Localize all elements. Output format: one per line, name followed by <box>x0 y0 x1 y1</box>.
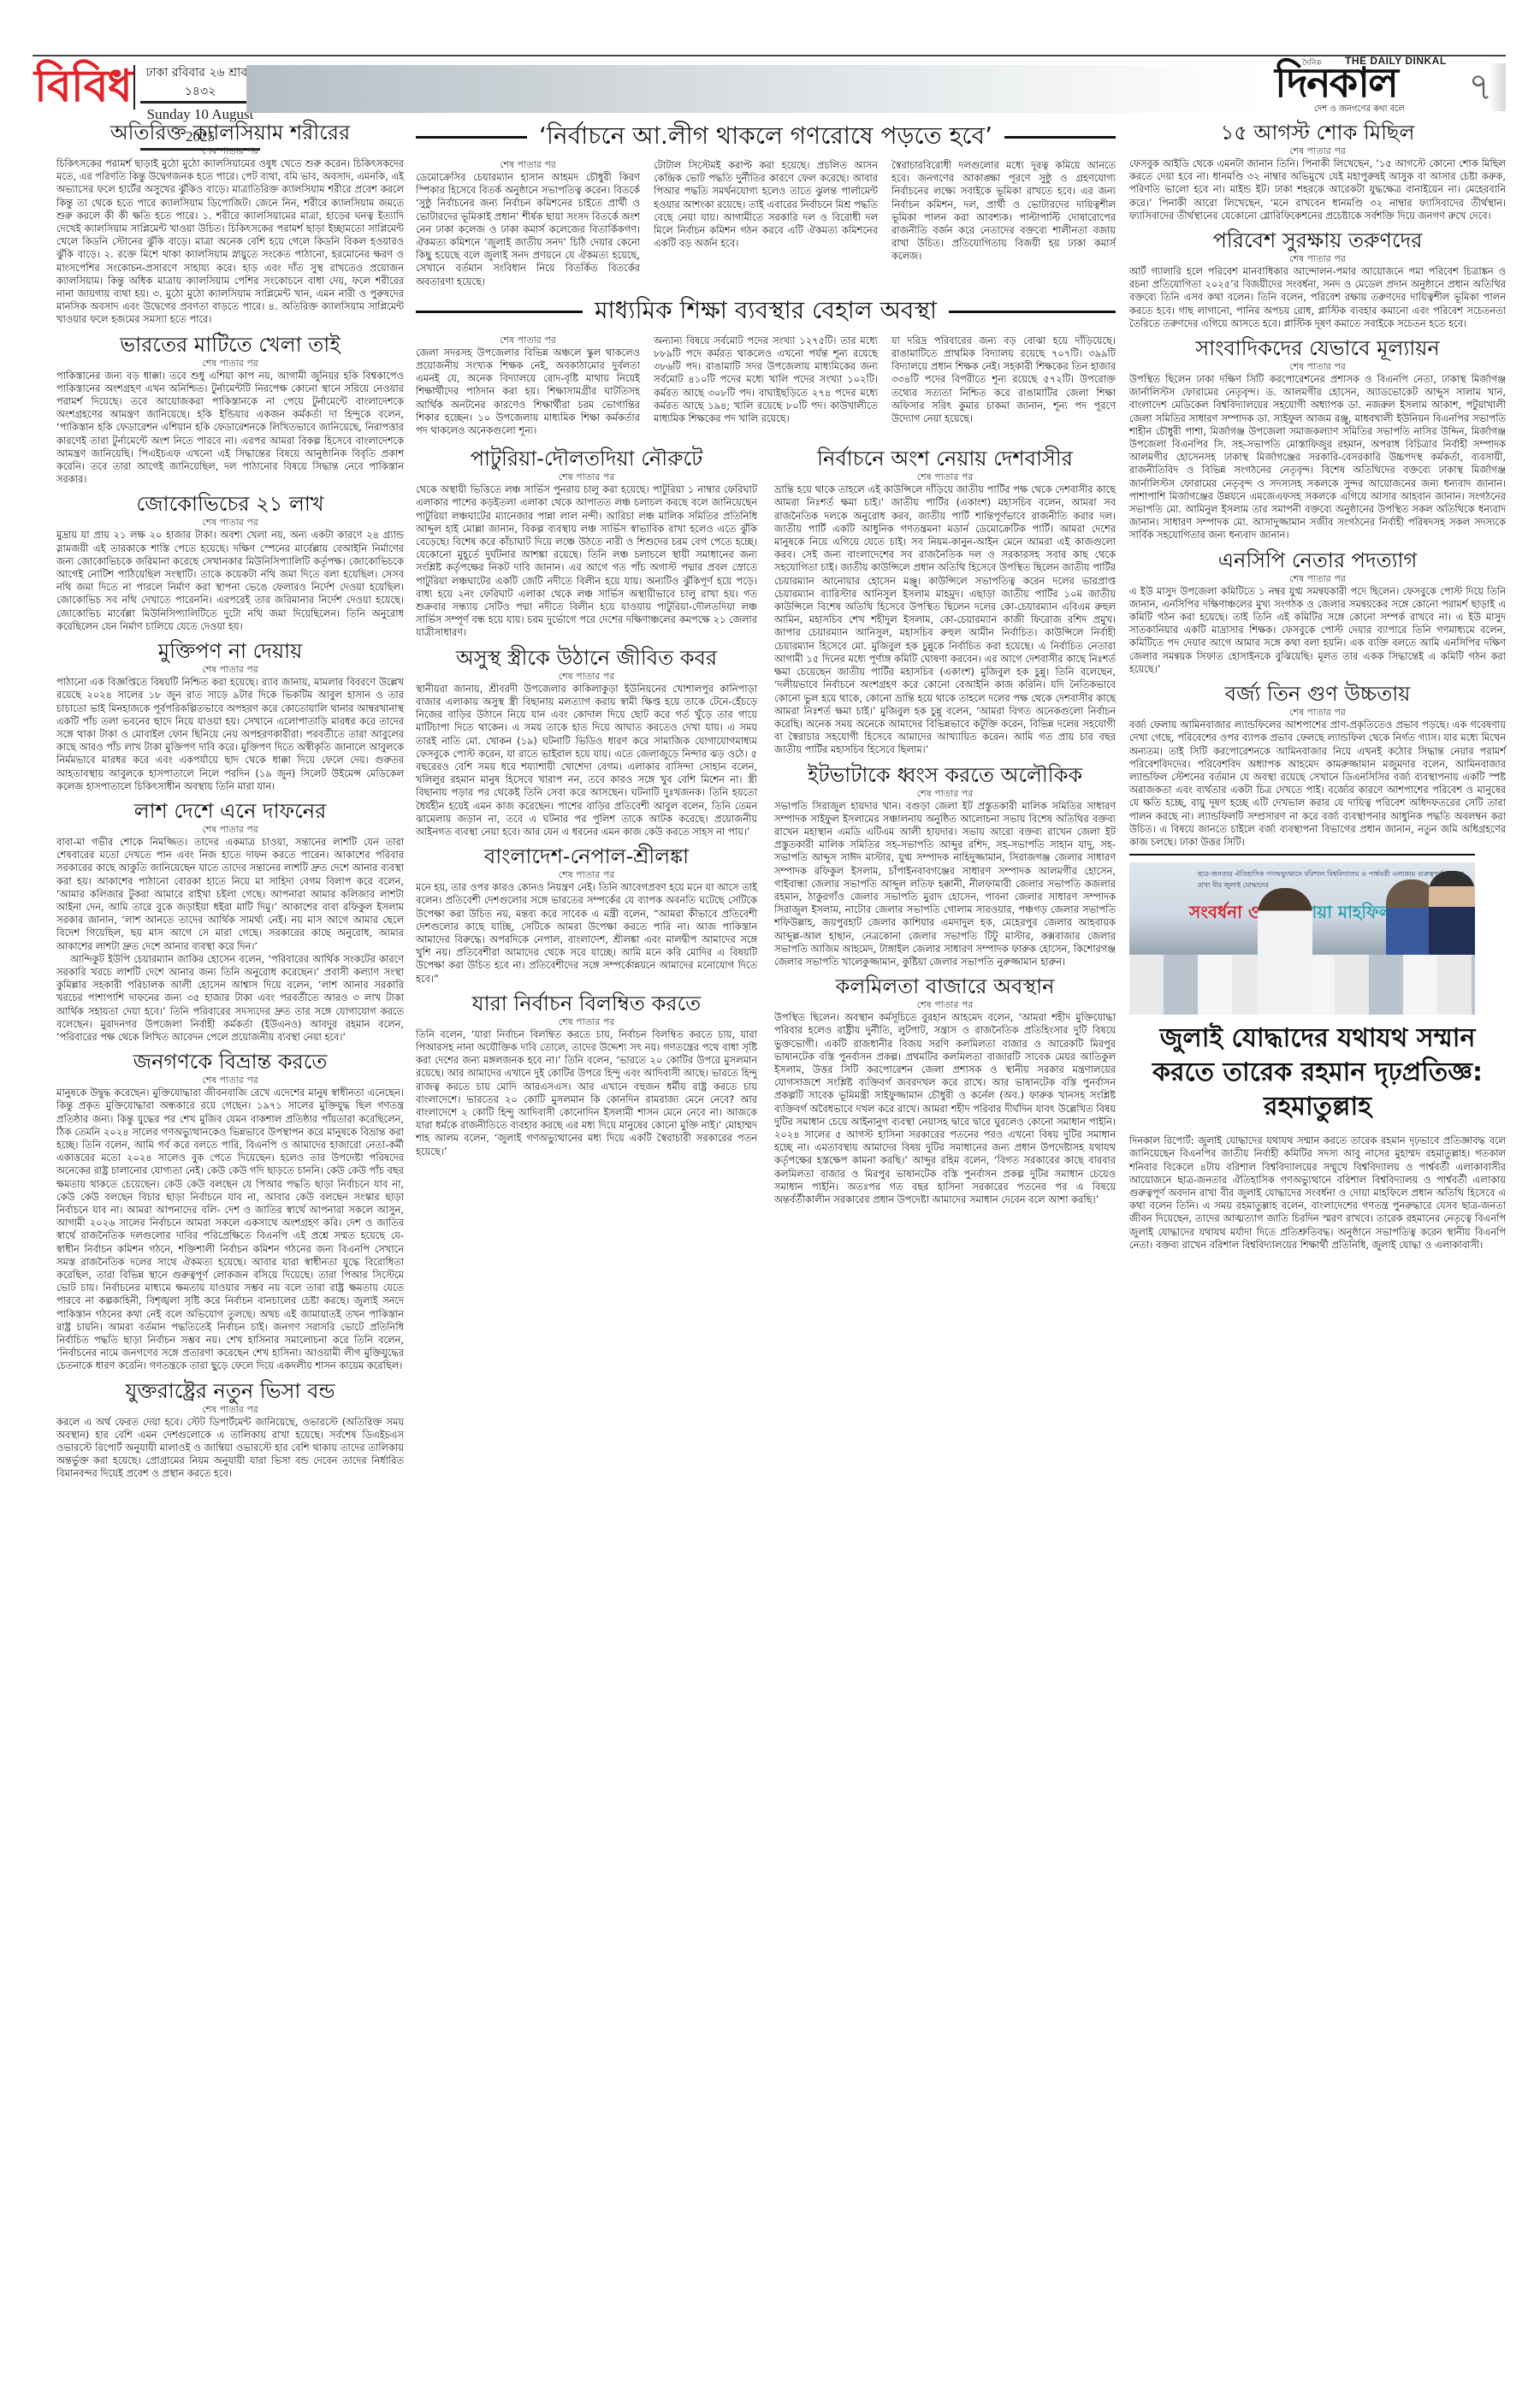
continued-label: শেষ পাতার পর <box>1129 253 1506 265</box>
continued-label: শেষ পাতার পর <box>416 869 757 881</box>
middle-right-stack: নির্বাচনে অংশ নেয়ায় দেশবাসীর শেষ পাতার… <box>774 446 1116 1211</box>
article-journalists: সাংবাদিকদের যেভাবে মূল্যায়ন শেষ পাতার প… <box>1129 335 1506 542</box>
article-headline: যারা নির্বাচন বিলম্বিত করতে <box>416 991 757 1016</box>
headline-rule <box>949 311 1116 313</box>
continued-label: শেষ পাতার পর <box>56 664 404 676</box>
article-headline: অতিরিক্ত ক্যালসিয়াম শরীরের <box>56 120 404 145</box>
continued-label: শেষ পাতার পর <box>1129 361 1506 373</box>
event-photo: ছাত্র-জনতার ঐতিহাসিক গণঅভ্যুত্থানে বরিশা… <box>1129 862 1475 1015</box>
left-column: অতিরিক্ত ক্যালসিয়াম শরীরের শেষ পাতার পর… <box>56 120 404 1486</box>
continued-label: শেষ পাতার পর <box>774 788 1116 800</box>
continued-label: শেষ পাতার পর <box>56 1404 404 1416</box>
article-body: এ ইউ মাসুদ উপজেলা কমিটিতে ১ নম্বর যুগ্ম … <box>1129 585 1506 676</box>
middle-column: ‘নির্বাচনে আ.লীগ থাকলে গণরোষে পড়তে হবে’… <box>416 120 1116 1211</box>
article-body: দিনকাল রিপোর্ট: জুলাই যোদ্ধাদের যথাযথ সম… <box>1129 1134 1506 1252</box>
article-body: স্বৈরাচারবিরোধী দলগুলোর মধ্যে দূরত্ব কমি… <box>891 159 1116 263</box>
continued-label: শেষ পাতার পর <box>1129 573 1506 585</box>
article-body: পাঠানো এক বিজ্ঞপ্তিতে বিষয়টি নিশ্চিত কর… <box>56 676 404 793</box>
continued-label: শেষ পাতার পর <box>416 335 640 346</box>
continued-label: শেষ পাতার পর <box>56 824 404 836</box>
speaker-figure <box>1258 888 1312 1015</box>
news-photo: ছাত্র-জনতার ঐতিহাসিক গণঅভ্যুত্থানে বরিশা… <box>1129 854 1475 1016</box>
article-headline: বাংলাদেশ-নেপাল-শ্রীলঙ্কা <box>416 844 757 869</box>
article-neighbors: বাংলাদেশ-নেপাল-শ্রীলঙ্কা শেষ পাতার পর মন… <box>416 844 757 986</box>
article-headline: ‘নির্বাচনে আ.লীগ থাকলে গণরোষে পড়তে হবে’ <box>539 117 992 157</box>
photo-title-red: সংবর্ধনা ও <box>1189 900 1261 928</box>
article-headline: এনসিপি নেতার পদত্যাগ <box>1129 548 1506 573</box>
feature-headline: জুলাই যোদ্ধাদের যথাযথ সম্মান করতে তারেক … <box>1129 1021 1506 1124</box>
article-hockey: ভারতের মাটিতে খেলা তাই শেষ পাতার পর পাকি… <box>56 332 404 487</box>
article-secondary-education: মাধ্যমিক শিক্ষা ব্যবস্থার বেহাল অবস্থা শ… <box>416 295 1116 437</box>
article-environment-youth: পরিবেশ সুরক্ষায় তরুণদের শেষ পাতার পর আর… <box>1129 228 1506 330</box>
continued-label: শেষ পাতার পর <box>416 1016 757 1028</box>
article-headline: জোকোভিচের ২১ লাখ <box>56 491 404 517</box>
article-body: স্থানীয়রা জানায়, শ্রীবরদী উপজেলার কাকি… <box>416 683 757 838</box>
article-body: মুদ্রায় যা প্রায় ২১ লক্ষ ২০ হাজার টাকা… <box>56 529 404 633</box>
article-headline: নির্বাচনে অংশ নেয়ায় দেশবাসীর <box>774 446 1116 471</box>
middle-left-stack: পাটুরিয়া-দৌলতদিয়া নৌরুটে শেষ পাতার পর … <box>416 446 757 1211</box>
article-ncp-resignation: এনসিপি নেতার পদত্যাগ শেষ পাতার পর এ ইউ ম… <box>1129 548 1506 676</box>
headline-rule <box>416 311 583 313</box>
article-headline: মুক্তিপণ না দেয়ায় <box>56 638 404 664</box>
continued-label: শেষ পাতার পর <box>416 159 640 171</box>
article-headline: অসুস্থ স্ত্রীকে উঠানে জীবিত কবর <box>416 645 757 671</box>
newspaper-logo: দৈনিক THE DAILY DINKAL দিনকাল দেশ ও জনগণ… <box>1273 55 1453 116</box>
page-number: ৭ <box>1463 63 1506 111</box>
article-body: উপস্থিত ছিলেন ঢাকা দক্ষিণ সিটি করপোরেশনে… <box>1129 373 1506 542</box>
article-headline: ভারতের মাটিতে খেলা তাই <box>56 332 404 358</box>
logo-bengali: দিনকাল <box>1275 60 1397 106</box>
article-body: জেলা সদরসহ উপজেলার বিভিন্ন অঞ্চলে স্কুল … <box>416 346 640 437</box>
right-column: ১৫ আগস্ট শোক মিছিল শেষ পাতার পর ফেসবুক আ… <box>1129 120 1506 1257</box>
article-headline: যুক্তরাষ্ট্রের নতুন ভিসা বন্ড <box>56 1378 404 1404</box>
article-headline: পরিবেশ সুরক্ষায় তরুণদের <box>1129 228 1506 253</box>
article-headline: কলমিলতা বাজারে অবস্থান <box>774 974 1116 999</box>
newspaper-page: বিবিধ ঢাকা রবিবার ২৬ শ্রাবণ ১৪৩২ Sunday … <box>33 0 1506 2392</box>
article-ransom: মুক্তিপণ না দেয়ায় শেষ পাতার পর পাঠানো … <box>56 638 404 793</box>
article-delay-election: যারা নির্বাচন বিলম্বিত করতে শেষ পাতার পর… <box>416 991 757 1158</box>
masthead-divider <box>133 65 135 110</box>
article-august-15: ১৫ আগস্ট শোক মিছিল শেষ পাতার পর ফেসবুক আ… <box>1129 120 1506 222</box>
article-body: আন্দিকুট ইউপি চেয়ারম্যান জাকির হোসেন বল… <box>56 953 404 1044</box>
continued-label: শেষ পাতার পর <box>416 671 757 683</box>
article-brick-kilns: ইটভাটাকে ধ্বংস করতে অলৌকিক শেষ পাতার পর … <box>774 762 1116 969</box>
article-headline: বর্জ্য তিন গুণ উচ্চতায় <box>1129 681 1506 707</box>
article-body: পাকিস্তানের জন্য বড় ধাক্কা। তবে শুধু এশ… <box>56 370 404 487</box>
continued-label: শেষ পাতার পর <box>774 471 1116 483</box>
logo-tagline: দেশ ও জনগণের কথা বলে <box>1314 103 1405 117</box>
article-body: ভ্রান্তি হয়ে থাকে তাহলে এই কাউন্সিলে দা… <box>774 483 1116 756</box>
article-headline: জনগণকে বিভ্রান্ত করতে <box>56 1049 404 1075</box>
article-headline: ১৫ আগস্ট শোক মিছিল <box>1129 120 1506 145</box>
article-feature-july-warriors: ছাত্র-জনতার ঐতিহাসিক গণঅভ্যুত্থানে বরিশা… <box>1129 854 1506 1252</box>
article-body: যা দরিদ্র পরিবারের জন্য বড় বোঝা হয়ে দা… <box>891 335 1116 425</box>
article-lead-election: ‘নির্বাচনে আ.লীগ থাকলে গণরোষে পড়তে হবে’… <box>416 120 1116 288</box>
article-body: সভাপতি সিরাজুল হায়দার খান। বগুড়া জেলা … <box>774 800 1116 969</box>
article-body: উপস্থিত ছিলেন। অবস্থান কর্মসূচিতে বুরহান… <box>774 1011 1116 1206</box>
education-headline-bar: মাধ্যমিক শিক্ষা ব্যবস্থার বেহাল অবস্থা <box>416 295 1116 329</box>
continued-label: শেষ পাতার পর <box>1129 145 1506 157</box>
continued-label: শেষ পাতার পর <box>774 999 1116 1011</box>
article-kalmilata-market: কলমিলতা বাজারে অবস্থান শেষ পাতার পর উপস্… <box>774 974 1116 1206</box>
article-misleading-people: জনগণকে বিভ্রান্ত করতে শেষ পাতার পর মানুষ… <box>56 1049 404 1372</box>
article-body: মনে হয়, তার ওপর কারও কোনও নিয়ন্ত্রণ নে… <box>416 881 757 986</box>
article-headline: লাশ দেশে এনে দাফনের <box>56 798 404 824</box>
article-headline: সাংবাদিকদের যেভাবে মূল্যায়ন <box>1129 335 1506 361</box>
date-bengali: ঢাকা রবিবার ২৬ শ্রাবণ ১৪৩২ <box>140 63 260 104</box>
headline-rule <box>416 136 527 139</box>
continued-label: শেষ পাতার পর <box>56 517 404 529</box>
article-body: তিনি বলেন, ‘যারা নির্বাচন বিলম্বিত করতে … <box>416 1028 757 1158</box>
article-body: বাবা-মা গভীর শোকে নিমজ্জিত। তাদের একমাত্… <box>56 836 404 953</box>
article-calcium: অতিরিক্ত ক্যালসিয়াম শরীরের শেষ পাতার পর… <box>56 120 404 327</box>
continued-label: শেষ পাতার পর <box>1129 707 1506 719</box>
article-body: করলে এ অর্থ ফেরত দেয়া হবে। স্টেট ডিপার্… <box>56 1416 404 1481</box>
article-body-repatriation: লাশ দেশে এনে দাফনের শেষ পাতার পর বাবা-মা… <box>56 798 404 1044</box>
continued-label: শেষ পাতার পর <box>56 1075 404 1086</box>
masthead-banner <box>246 65 1265 113</box>
article-jatiya-party-apology: নির্বাচনে অংশ নেয়ায় দেশবাসীর শেষ পাতার… <box>774 446 1116 756</box>
article-body: ডেমোক্রেসির চেয়ারম্যান হাসান আহমদ চৌধুর… <box>416 171 640 288</box>
article-body: অন্যান্য বিষয়ে সর্বমোট পদের সংখ্যা ১২৭৫… <box>654 335 878 425</box>
article-body: টোটাল সিস্টেমই করাপ্ট করা হয়েছে। প্রচলি… <box>654 159 878 250</box>
continued-label: শেষ পাতার পর <box>416 471 757 483</box>
article-body: থেকে অস্থায়ী ভিত্তিতে লঞ্চ সার্ভিস পুনর… <box>416 483 757 639</box>
article-body: চিকিৎসকের পরামর্শ ছাড়াই মুঠো মুঠো ক্যাল… <box>56 157 404 327</box>
article-buried-alive: অসুস্থ স্ত্রীকে উঠানে জীবিত কবর শেষ পাতা… <box>416 645 757 838</box>
article-body: ফেসবুক আইডি থেকে এমনটা জানান তিনি। পিনাক… <box>1129 157 1506 222</box>
article-body: আর্ট গ্যালারি হলে পরিবেশ মানবাধিকার আন্দ… <box>1129 265 1506 330</box>
article-body: বর্জ্য ফেলায় আমিনবাজার ল্যান্ডফিলের আশপ… <box>1129 719 1506 849</box>
continued-label: শেষ পাতার পর <box>56 358 404 370</box>
section-name: বিবিধ <box>34 60 132 113</box>
article-headline: ইটভাটাকে ধ্বংস করতে অলৌকিক <box>774 762 1116 788</box>
article-paturia-ferry: পাটুরিয়া-দৌলতদিয়া নৌরুটে শেষ পাতার পর … <box>416 446 757 639</box>
article-us-visa-bond: যুক্তরাষ্ট্রের নতুন ভিসা বন্ড শেষ পাতার … <box>56 1378 404 1481</box>
continued-label: শেষ পাতার পর <box>56 145 404 157</box>
article-waste-height: বর্জ্য তিন গুণ উচ্চতায় শেষ পাতার পর বর্… <box>1129 681 1506 849</box>
article-djokovic: জোকোভিচের ২১ লাখ শেষ পাতার পর মুদ্রায় য… <box>56 491 404 633</box>
headline-rule <box>1004 136 1116 139</box>
article-headline: মাধ্যমিক শিক্ষা ব্যবস্থার বেহাল অবস্থা <box>595 292 937 332</box>
lead-headline-bar: ‘নির্বাচনে আ.লীগ থাকলে গণরোষে পড়তে হবে’ <box>416 120 1116 154</box>
masthead: বিবিধ ঢাকা রবিবার ২৬ শ্রাবণ ১৪৩২ Sunday … <box>33 60 1506 116</box>
article-body: মানুষকে উদ্বুদ্ধ করেছেন। মুক্তিযোদ্ধারা … <box>56 1086 404 1372</box>
article-headline: পাটুরিয়া-দৌলতদিয়া নৌরুটে <box>416 446 757 471</box>
